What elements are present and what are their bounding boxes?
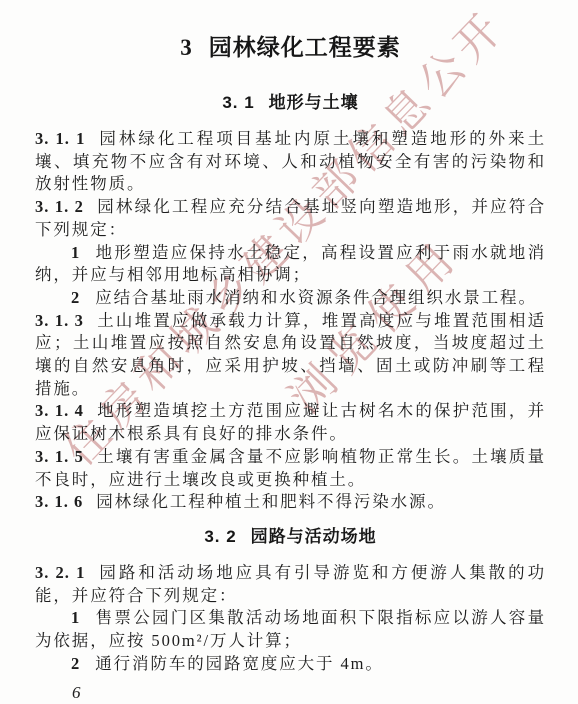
- clause-text: 园林绿化工程种植土和肥料不得污染水源。: [96, 492, 446, 511]
- section-number: 3. 2: [204, 527, 236, 546]
- subclause-3-2-1-2: 2通行消防车的园路宽度应大于 4m。: [35, 653, 546, 676]
- subclause-text: 售票公园门区集散活动场地面积下限指标应以游人容量为依据，应按 500m²/万人计…: [35, 608, 546, 650]
- clause-text: 土山堆置应做承载力计算，堆置高度应与堆置范围相适应；土山堆置应按照自然安息角设置…: [35, 311, 546, 398]
- subclause-text: 地形塑造应保持水土稳定，高程设置应利于雨水就地消纳，并应与相邻用地标高相协调；: [35, 243, 546, 285]
- clause-text: 园林绿化工程应充分结合基址竖向塑造地形，并应符合下列规定：: [35, 197, 546, 239]
- clause-3-1-2: 3. 1. 2园林绿化工程应充分结合基址竖向塑造地形，并应符合下列规定：: [35, 196, 546, 241]
- clause-3-1-5: 3. 1. 5土壤有害重金属含量不应影响植物正常生长。土壤质量不良时，应进行土壤…: [35, 446, 546, 491]
- section-title-text: 地形与土壤: [269, 93, 359, 112]
- clause-number: 3. 1. 5: [35, 447, 84, 466]
- subclause-number: 2: [71, 654, 80, 673]
- chapter-number: 3: [180, 35, 193, 60]
- clause-3-1-1: 3. 1. 1园林绿化工程项目基址内原土壤和塑造地形的外来土壤、填充物不应含有对…: [35, 128, 546, 196]
- clause-number: 3. 1. 1: [35, 129, 85, 148]
- clause-3-1-4: 3. 1. 4地形塑造填挖土方范围应避让古树名木的保护范围，并应保证树木根系具有…: [35, 400, 546, 445]
- clause-3-1-3: 3. 1. 3土山堆置应做承载力计算，堆置高度应与堆置范围相适应；土山堆置应按照…: [35, 310, 546, 401]
- clause-3-1-6: 3. 1. 6园林绿化工程种植土和肥料不得污染水源。: [35, 491, 546, 514]
- subclause-3-2-1-1: 1售票公园门区集散活动场地面积下限指标应以游人容量为依据，应按 500m²/万人…: [35, 607, 546, 652]
- page-number: 6: [72, 683, 81, 702]
- clause-text: 地形塑造填挖土方范围应避让古树名木的保护范围，并应保证树木根系具有良好的排水条件…: [35, 401, 546, 443]
- clause-text: 园林绿化工程项目基址内原土壤和塑造地形的外来土壤、填充物不应含有对环境、人和动植…: [35, 129, 546, 193]
- subclause-3-1-2-1: 1地形塑造应保持水土稳定，高程设置应利于雨水就地消纳，并应与相邻用地标高相协调；: [35, 242, 546, 287]
- document-page: 住房和城乡建设部信息公开 浏览使用 3园林绿化工程要素 3. 1地形与土壤 3.…: [0, 0, 578, 704]
- clause-number: 3. 2. 1: [35, 563, 85, 582]
- clause-number: 3. 1. 3: [35, 311, 84, 330]
- clause-text: 土壤有害重金属含量不应影响植物正常生长。土壤质量不良时，应进行土壤改良或更换种植…: [35, 447, 546, 489]
- subclause-text: 通行消防车的园路宽度应大于 4m。: [95, 654, 384, 673]
- subclause-number: 1: [71, 608, 80, 627]
- subclause-text: 应结合基址雨水消纳和水资源条件合理组织水景工程。: [95, 288, 537, 307]
- clause-3-2-1: 3. 2. 1园路和活动场地应具有引导游览和方便游人集散的功能，并应符合下列规定…: [35, 562, 546, 607]
- clause-number: 3. 1. 4: [35, 401, 84, 420]
- page-footer: 6: [35, 683, 546, 703]
- section-number: 3. 1: [222, 93, 254, 112]
- clause-number: 3. 1. 2: [35, 197, 84, 216]
- subclause-number: 2: [71, 288, 80, 307]
- section-heading-3-2: 3. 2园路与活动场地: [35, 526, 546, 548]
- clause-text: 园路和活动场地应具有引导游览和方便游人集散的功能，并应符合下列规定：: [35, 563, 546, 605]
- section-heading-3-1: 3. 1地形与土壤: [35, 92, 546, 114]
- subclause-number: 1: [71, 243, 80, 262]
- chapter-title-text: 园林绿化工程要素: [209, 35, 401, 60]
- page-content: 3园林绿化工程要素 3. 1地形与土壤 3. 1. 1园林绿化工程项目基址内原土…: [0, 0, 578, 703]
- section-title-text: 园路与活动场地: [251, 527, 377, 546]
- subclause-3-1-2-2: 2应结合基址雨水消纳和水资源条件合理组织水景工程。: [35, 287, 546, 310]
- clause-number: 3. 1. 6: [35, 492, 83, 511]
- chapter-title: 3园林绿化工程要素: [35, 34, 546, 62]
